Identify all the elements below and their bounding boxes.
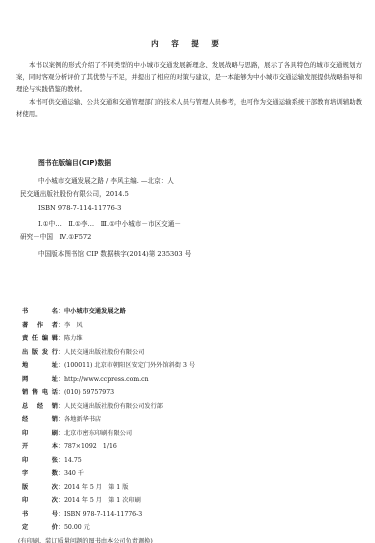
colophon-value: 中小城市交通发展之路: [64, 305, 126, 319]
colophon-row-general-distributor: 总经销：人民交通出版社股份有限公司发行部: [22, 400, 352, 414]
colophon-label: 经 销: [22, 413, 58, 427]
cip-publisher-line: 民交通出版社股份有限公司，2014.5: [20, 188, 255, 201]
cip-subject-line: Ⅰ.①中… Ⅱ.①李… Ⅲ.①中小城市－市区交通－: [20, 218, 255, 231]
colophon-value: 北京市密东印刷有限公司: [64, 427, 132, 441]
colophon-value: (100011) 北京市朝阳区安定门外外馆斜街 3 号: [64, 359, 195, 373]
colophon-label: 印 刷: [22, 427, 58, 441]
cip-isbn-line: ISBN 978-7-114-11776-3: [20, 202, 255, 215]
colophon-row-editor: 责任编辑：陈力维: [22, 332, 352, 346]
colophon-row-publisher: 出版发行：人民交通出版社股份有限公司: [22, 346, 352, 360]
colophon-label: 总经销: [22, 400, 58, 414]
colophon-value: 陈力维: [64, 332, 83, 346]
colophon-value: 14.75: [64, 454, 82, 468]
colophon-label: 印 张: [22, 454, 58, 468]
colophon-row-word-count: 字 数：340 千: [22, 467, 352, 481]
colophon-label: 责任编辑: [22, 332, 58, 346]
colophon-row-price: 定 价：50.00 元: [22, 521, 352, 535]
abstract-body: 本书以案例的形式介绍了不同类型的中小城市交通发展新理念、发展战略与思路，展示了各…: [16, 59, 362, 120]
colophon-row-address: 地 址：(100011) 北京市朝阳区安定门外外馆斜街 3 号: [22, 359, 352, 373]
colophon-row-isbn: 书 号：ISBN 978-7-114-11776-3: [22, 508, 352, 522]
colophon-value: 340 千: [64, 467, 84, 481]
colophon-row-author: 著作者：李 风: [22, 319, 352, 333]
colophon-row-printer: 印 刷：北京市密东印刷有限公司: [22, 427, 352, 441]
colophon-label: 字 数: [22, 467, 58, 481]
colophon-row-sales-phone: 销售电话：(010) 59757973: [22, 386, 352, 400]
colophon-label: 地 址: [22, 359, 58, 373]
colophon-row-distributor: 经 销：各地新华书店: [22, 413, 352, 427]
website-link[interactable]: http://www.ccpress.com.cn: [64, 373, 149, 387]
cip-subject-line-cont: 研究－中国 Ⅳ.①F572: [20, 231, 255, 244]
colophon-value: 2014 年 5 月 第 1 版: [64, 481, 128, 495]
colophon-value: 50.00 元: [64, 521, 90, 535]
colophon-label: 版 次: [22, 481, 58, 495]
colophon-value: 2014 年 5 月 第 1 次印刷: [64, 494, 141, 508]
colophon-value: (010) 59757973: [64, 386, 114, 400]
colophon-label: 书 号: [22, 508, 58, 522]
colophon-label: 开 本: [22, 440, 58, 454]
colophon-value: 人民交通出版社股份有限公司: [64, 346, 144, 360]
abstract-paragraph: 本书可供交通运输、公共交通和交通管理部门的技术人员与管理人员参考，也可作为交通运…: [16, 96, 362, 120]
colophon-label: 网 址: [22, 373, 58, 387]
quality-notice: (有印刷、装订质量问题的图书由本公司负责调换): [18, 535, 352, 543]
colophon-value: 李 风: [64, 319, 83, 333]
colophon-label: 定 价: [22, 521, 58, 535]
abstract-paragraph: 本书以案例的形式介绍了不同类型的中小城市交通发展新理念、发展战略与思路，展示了各…: [16, 59, 362, 96]
colophon-value: 各地新华书店: [64, 413, 101, 427]
colophon-label: 出版发行: [22, 346, 58, 360]
colophon-row-edition: 版 次：2014 年 5 月 第 1 版: [22, 481, 352, 495]
copyright-page: 内 容 提 要 本书以案例的形式介绍了不同类型的中小城市交通发展新理念、发展战略…: [0, 0, 375, 543]
cip-title-line: 中小城市交通发展之路 / 李风主编. —北京：人: [20, 175, 255, 188]
colophon-label: 销售电话: [22, 386, 58, 400]
colophon-row-website: 网 址：http://www.ccpress.com.cn: [22, 373, 352, 387]
colophon-row-printing: 印 次：2014 年 5 月 第 1 次印刷: [22, 494, 352, 508]
colophon-value: 人民交通出版社股份有限公司发行部: [64, 400, 163, 414]
colophon-value: ISBN 978-7-114-11776-3: [64, 508, 142, 522]
colophon-row-title: 书 名：中小城市交通发展之路: [22, 305, 352, 319]
cip-heading: 图书在版编目(CIP)数据: [38, 157, 111, 167]
colophon-value: 787×1092 1/16: [64, 440, 117, 454]
cip-approval-number: 中国版本图书馆 CIP 数据核字(2014)第 235303 号: [38, 248, 191, 258]
cip-record: 中小城市交通发展之路 / 李风主编. —北京：人 民交通出版社股份有限公司，20…: [20, 175, 255, 244]
colophon-row-format: 开 本：787×1092 1/16: [22, 440, 352, 454]
colophon-label: 印 次: [22, 494, 58, 508]
abstract-title: 内 容 提 要: [0, 38, 375, 49]
colophon-label: 书 名: [22, 305, 58, 319]
colophon-label: 著作者: [22, 319, 58, 333]
colophon: 书 名：中小城市交通发展之路 著作者：李 风 责任编辑：陈力维 出版发行：人民交…: [22, 305, 352, 543]
colophon-row-sheets: 印 张：14.75: [22, 454, 352, 468]
